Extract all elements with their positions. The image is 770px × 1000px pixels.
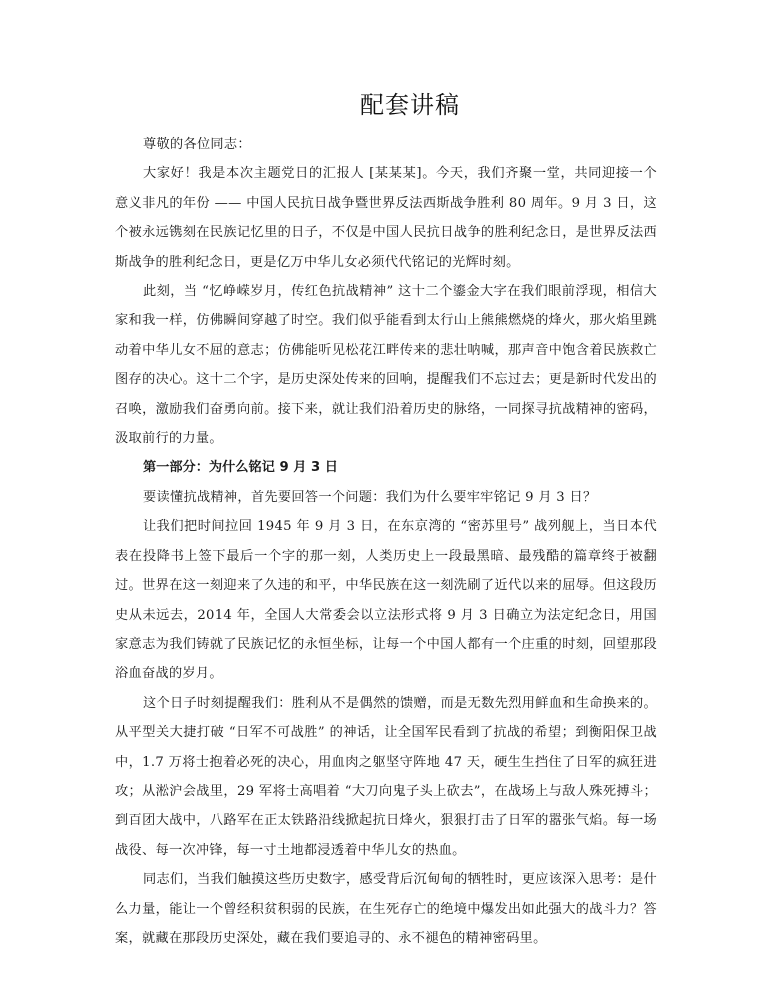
- section-paragraph-3: 这个日子时刻提醒我们：胜利从不是偶然的馈赠，而是无数先烈用鲜血和生命换来的。从平…: [115, 689, 657, 865]
- salutation: 尊敬的各位同志：: [115, 130, 657, 159]
- section-paragraph-2: 让我们把时间拉回 1945 年 9 月 3 日，在东京湾的 “密苏里号” 战列舰…: [115, 512, 657, 688]
- section-paragraph-1: 要读懂抗战精神，首先要回答一个问题：我们为什么要牢牢铭记 9 月 3 日？: [115, 483, 657, 512]
- intro-paragraph-1: 大家好！我是本次主题党日的汇报人 [某某某]。今天，我们齐聚一堂，共同迎接一个意…: [115, 159, 657, 277]
- section-heading: 第一部分：为什么铭记 9 月 3 日: [115, 453, 657, 482]
- section-paragraph-4: 同志们，当我们触摸这些历史数字，感受背后沉甸甸的牺牲时，更应该深入思考：是什么力…: [115, 865, 657, 953]
- document-title: 配套讲稿: [163, 88, 657, 122]
- intro-paragraph-2: 此刻，当 “忆峥嵘岁月，传红色抗战精神” 这十二个鎏金大字在我们眼前浮现，相信大…: [115, 277, 657, 453]
- document-page: 配套讲稿 尊敬的各位同志： 大家好！我是本次主题党日的汇报人 [某某某]。今天，…: [115, 88, 657, 953]
